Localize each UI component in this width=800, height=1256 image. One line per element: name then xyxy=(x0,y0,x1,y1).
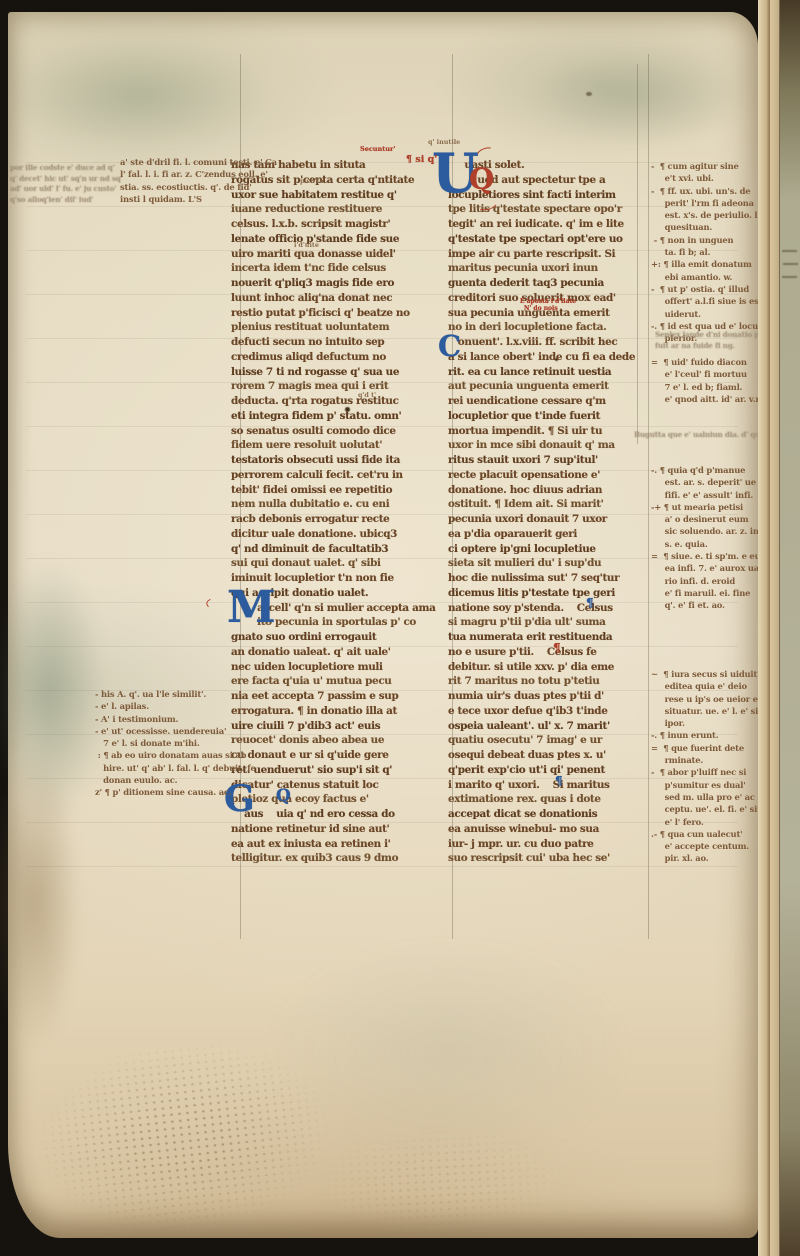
stain-top-right-green xyxy=(528,48,738,143)
marginal-gloss-left-middle: - his A. q'. ua l'le similit'.- e' l. ap… xyxy=(95,688,245,799)
gloss-line: - ¶ cum agitur sine xyxy=(651,160,759,172)
gloss-line: sic soluendo. ar. z. in xyxy=(651,525,759,537)
gloss-line: editea quia e' deio xyxy=(651,680,759,692)
text-line: q'testate tpe spectari opt'ere uo xyxy=(448,232,662,247)
text-line: tegit' an rei iudicate. q' im e lite xyxy=(448,217,662,232)
gloss-line: Seplex lande d'ni donatio p'is xyxy=(655,330,763,341)
text-line: perrorem calculi fecit. cet'ru in xyxy=(231,468,445,483)
text-line: deducta. q'rta rogatus restituc xyxy=(231,394,445,409)
stain-bottom-speckled-light xyxy=(305,1115,571,1248)
text-line: ospeia ualeant'. ul' x. 7 marit' xyxy=(448,719,662,734)
rubric-secuntur: Secuntur' xyxy=(360,145,395,153)
text-line: recte placuit opensatione e' xyxy=(448,468,662,483)
gloss-line: = ¶ siue. e. ti sp'm. e eur xyxy=(651,550,759,562)
gloss-line: e' qnod aitt. id' ar. v.r. ibi. i. xyxy=(651,393,759,405)
gloss-line: sed m. ulla pro e' ac xyxy=(651,791,759,803)
text-line: rit 7 maritus no totu p'tetiu xyxy=(448,674,662,689)
text-line: credimus aliqd defuctum no xyxy=(231,350,445,365)
gloss-line: est. x's. de periulio. l. xyxy=(651,209,759,221)
text-line: aut pecunia unguenta emerit xyxy=(448,379,662,394)
interlinear-note: i'd'uite xyxy=(294,241,319,249)
fore-edge-text-mark xyxy=(782,250,797,252)
text-line: accepat dicat se donationis xyxy=(448,807,662,822)
text-line: aus uia q' nd ero cessa do xyxy=(231,807,445,822)
gloss-line: insti l quidam. L'S xyxy=(120,193,242,205)
text-column-right: uasti solet. uod aut spectetur tpe alocu… xyxy=(448,158,662,868)
text-line: defucti secun no intuito sep xyxy=(231,335,445,350)
text-line: an donatio ualeat. q' ait uale' xyxy=(231,645,445,660)
drop-cap-c: C xyxy=(438,332,461,361)
gloss-line: ea infi. 7. e' aurox ua xyxy=(651,562,759,574)
gloss-line: q' decet' hic ut' sq'n ur nd sq' xyxy=(10,174,118,185)
photograph-of-manuscript: { "colors":{"parchment":"#e6dcc3","ink":… xyxy=(0,0,800,1256)
text-line: mortua impendit. ¶ Si uir tu xyxy=(448,424,662,439)
gloss-line: +: ¶ illa emit donatum xyxy=(651,258,759,270)
stain-bottom-left-speckled xyxy=(25,1025,344,1250)
text-line: uxor sue habitatem restitue q' xyxy=(231,188,445,203)
gloss-line: = ¶ que fuerint dete xyxy=(651,742,759,754)
text-line: pecunia uxori donauit 7 uxor xyxy=(448,512,662,527)
gloss-line: ceptu. ue'. el. fi. e' siul' xyxy=(651,803,759,815)
text-line: ea aut ex iniusta ea retinen i' xyxy=(231,837,445,852)
rubric-side-note: N' do nois xyxy=(524,305,558,312)
text-line: uire ciuili 7 p'dib3 act' euis xyxy=(231,719,445,734)
ink-blot xyxy=(586,92,592,96)
text-line: extimatione rex. quas i dote xyxy=(448,792,662,807)
text-line: dicitur uale donatione. ubicq3 xyxy=(231,527,445,542)
gloss-line: rio infi. d. eroid xyxy=(651,575,759,587)
text-line: lenate officio p'stande fide sue xyxy=(231,232,445,247)
text-line: quatiu osecutu' 7 imag' e ur xyxy=(448,733,662,748)
page-edge-strip xyxy=(758,0,770,1256)
gloss-line: - ¶ ff. ux. ubi. un's. de xyxy=(651,185,759,197)
text-line: rei uendicatione cessare q'm xyxy=(448,394,662,409)
text-line: plenius restituat uoluntatem xyxy=(231,320,445,335)
gloss-line: - ¶ non in unguen xyxy=(651,234,759,246)
text-line: hoc die nulissima sut' 7 seq'tur xyxy=(448,571,662,586)
stain-left-edge-green xyxy=(0,557,104,827)
gloss-line: a' o desinerut eum xyxy=(651,513,759,525)
gloss-line: est. ar. s. deperit' ue xyxy=(651,476,759,488)
text-line: maritus pecunia uxori inun xyxy=(448,261,662,276)
stain-bottom-center xyxy=(268,942,628,1162)
gloss-line: e' accepte centum. xyxy=(651,840,759,852)
text-line: dicatur' catenus statuit loc xyxy=(231,778,445,793)
paraph-mark-red: ¶ xyxy=(553,641,561,655)
text-line: ea p'dia oparauerit geri xyxy=(448,527,662,542)
text-line: ea anuisse winebui- mo sua xyxy=(448,822,662,837)
text-line: luunt inhoc aliq'na donat nec xyxy=(231,291,445,306)
gloss-line: donan euulo. ac. xyxy=(95,774,245,786)
text-line: ostituit. ¶ Idem ait. Si marit' xyxy=(448,497,662,512)
gloss-line: - his A. q'. ua l'le similit'. xyxy=(95,688,245,700)
interlinear-note: p'co'ta xyxy=(300,177,324,185)
gloss-line: z' ¶ p' ditionem sine causa. ac. xyxy=(95,786,245,798)
text-line: ci optere ip'gni locupletiue xyxy=(448,542,662,557)
text-line: rorem 7 magis mea qui i erit xyxy=(231,379,445,394)
text-line: no in deri locupletione facta. xyxy=(448,320,662,335)
gloss-line: ebi amantio. w. xyxy=(651,271,759,283)
gloss-line: - A' i testimonium. xyxy=(95,713,245,725)
text-line: q' nd diminuit de facultatib3 xyxy=(231,542,445,557)
text-line: rit. ea cu lance retinuit uestia xyxy=(448,365,662,380)
text-line: reuocet' donis abeo abea ue xyxy=(231,733,445,748)
drop-cap-m: M xyxy=(227,586,276,630)
gloss-line: ta. fi b; al. xyxy=(651,246,759,258)
text-line: pletioz qua ecoy factus e' xyxy=(231,792,445,807)
text-column-left: nas tam habetu in situtarogatus sit p'ce… xyxy=(231,158,445,868)
gloss-line: 7 e' l. si donate m'ihi. xyxy=(95,737,245,749)
gloss-line: e' l'ceul' fi mortuu xyxy=(651,368,759,380)
stain-left-edge-brown xyxy=(0,752,80,1052)
gloss-line: : ¶ ab eo uiro donatam auas si ab xyxy=(95,749,245,761)
gloss-line: - e' ut' ocessisse. uendereuia' xyxy=(95,725,245,737)
gloss-line: .- ¶ qua cun ualecut' xyxy=(651,828,759,840)
gloss-line: pir. xl. ao. xyxy=(651,852,759,864)
text-line: si magru p'tii p'dia ult' suma xyxy=(448,615,662,630)
text-line: uiro mariti qua donasse uidel' xyxy=(231,247,445,262)
gloss-line: - ¶ abor p'luiff nec si xyxy=(651,766,759,778)
marginal-gloss-right-3: -. ¶ quia q'd p'manue est. ar. s. deperi… xyxy=(651,464,759,612)
gloss-line: -. ¶ quia q'd p'manue xyxy=(651,464,759,476)
gloss-line: rese u ip's oe ueior est xyxy=(651,693,759,705)
text-line: sieta sit mulieri du' i sup'du xyxy=(448,556,662,571)
paraph-mark-blue: ¶ xyxy=(555,774,563,788)
text-line: incerta idem t'nc fide celsus xyxy=(231,261,445,276)
text-line: donatione. hoc diuus adrian xyxy=(448,483,662,498)
gloss-line: fifi. e' e' assult' infi. xyxy=(651,489,759,501)
rubric-si-paraph: ¶ si q' xyxy=(406,154,437,165)
text-line: sui qui donaut ualet. q' sibi xyxy=(231,556,445,571)
faint-interlinear-note: q' inutile xyxy=(428,138,460,146)
marginal-gloss-top-left-outer: por ille codste e' duce ad q'q' decet' h… xyxy=(10,163,118,205)
text-line: testatoris obsecuti ussi fide ita xyxy=(231,453,445,468)
stain-top-left-green xyxy=(14,40,264,150)
gloss-line: e't xvi. ubi. xyxy=(651,172,759,184)
gloss-line: ~ ¶ iura secus si uiduit' xyxy=(651,668,759,680)
text-line: guenta dederit taq3 pecunia xyxy=(448,276,662,291)
gloss-line: perit' l'rm fi adeona xyxy=(651,197,759,209)
fore-edge-text-mark xyxy=(782,276,797,278)
gloss-line: ipor. xyxy=(651,717,759,729)
paraph-mark-blue: ¶ xyxy=(586,596,594,610)
text-line: ere facta q'uia u' mutua pecu xyxy=(231,674,445,689)
text-line: so senatus osulti comodo dice xyxy=(231,424,445,439)
marginal-gloss-right-2: = ¶ uid' fuido diacon e' l'ceul' fi mort… xyxy=(651,356,759,405)
text-line: eti integra fidem p' statu. omn' xyxy=(231,409,445,424)
text-line: natione soy p'stenda. Celsus xyxy=(448,601,662,616)
gloss-line: - ¶ ut p' ostia. q' illud xyxy=(651,283,759,295)
text-line: numia uir's duas ptes p'tii d' xyxy=(448,689,662,704)
gloss-line: quesituan. xyxy=(651,221,759,233)
gloss-line: Bugutta que e' ualniun dia. d' quio xyxy=(634,430,764,441)
text-line: onuent'. l.x.viii. ff. scribit hec xyxy=(448,335,662,350)
gloss-line: -+ ¶ ut mearia petisi xyxy=(651,501,759,513)
gloss-line: situatur. ue. e' l. e' si xyxy=(651,705,759,717)
gloss-line: e' fi maruil. ei. fine xyxy=(651,587,759,599)
gloss-line: rminate. xyxy=(651,754,759,766)
text-line: nia eet accepta 7 passim e sup xyxy=(231,689,445,704)
interlinear-note: q'd t' xyxy=(358,391,376,399)
text-line: iur- j mpr. ur. cu duo patre xyxy=(448,837,662,852)
text-line: nouerit q'pliq3 magis fide ero xyxy=(231,276,445,291)
marginal-gloss-right-4: ~ ¶ iura secus si uiduit' editea quia e'… xyxy=(651,668,759,865)
gloss-line: a' ste d'dril fi. l. comuni testi. e' Ca xyxy=(120,156,242,168)
text-line: tebit' fidei omissi ee repetitio xyxy=(231,483,445,498)
gloss-line: 7 e' l. ed b; fiaml. xyxy=(651,381,759,393)
text-line: ritus stauit uxori 7 sup'itul' xyxy=(448,453,662,468)
fore-edge-text-mark xyxy=(783,263,798,265)
gloss-line: l' fal. l. i. fi ar. z. C'zendus eoll. e… xyxy=(120,168,242,180)
text-line: e tece uxor defue q'ib3 t'inde xyxy=(448,704,662,719)
gloss-line: hire. ut' q' ab' l. fal. l. q' debuit. f… xyxy=(95,762,245,774)
marginal-gloss-top-left-inner: a' ste d'dril fi. l. comuni testi. e' Ca… xyxy=(120,156,242,205)
gloss-line: uiderut. xyxy=(651,308,759,320)
gloss-line: = ¶ uid' fuido diacon xyxy=(651,356,759,368)
gloss-line: - e' l. apilas. xyxy=(95,700,245,712)
text-line: natione retinetur id sine aut' xyxy=(231,822,445,837)
text-line: a si lance obert' inde cu fi ea dede xyxy=(448,350,662,365)
page-edge-strip xyxy=(770,0,780,1256)
littera-notabilior-q: Q xyxy=(276,788,291,805)
text-line: nec uiden locupletiore muli xyxy=(231,660,445,675)
gloss-line: ad' uor uld' l' fu. e' ju custo' xyxy=(10,184,118,195)
gloss-line: q'. e' fi et. ao. xyxy=(651,599,759,611)
text-line: racb debonis errogatur recte xyxy=(231,512,445,527)
rubric-side-note: E aposta i'd'ilate xyxy=(520,298,576,305)
text-line: cu donaut e ur si q'uide gere xyxy=(231,748,445,763)
text-line: iuane reductione restituere xyxy=(231,202,445,217)
next-page-edge xyxy=(780,0,800,1256)
gloss-line: p'sumitur es dual' xyxy=(651,779,759,791)
text-line: suo rescripsit cui' uba hec se' xyxy=(448,851,662,866)
gloss-line: fuit ar na fuide fi ng. xyxy=(655,341,763,352)
text-line: uxor in mce sibi donauit q' ma xyxy=(448,438,662,453)
manuscript-folio: nas tam habetu in situtarogatus sit p'ce… xyxy=(8,12,758,1238)
text-line: telligitur. ex quib3 caus 9 dmo xyxy=(231,851,445,866)
text-line: luisse 7 ti nd rogasse q' sua ue xyxy=(231,365,445,380)
gloss-line: offert' a.l.fi siue is est xyxy=(651,295,759,307)
text-line: nem nulla dubitatio e. cu eni xyxy=(231,497,445,512)
text-line: osequi debeat duas ptes x. u' xyxy=(448,748,662,763)
text-line: errogatura. ¶ in donatio illa at xyxy=(231,704,445,719)
marginal-gloss-right-solo: Bugutta que e' ualniun dia. d' quio xyxy=(634,430,764,441)
text-line: celsus. l.x.b. scripsit magistr' xyxy=(231,217,445,232)
marginal-gloss-right-2-intro: Seplex lande d'ni donatio p'isfuit ar na… xyxy=(655,330,763,351)
text-line: dicemus litis p'testate tpe geri xyxy=(448,586,662,601)
gloss-line: stia. ss. ecostiuctis. q'. de fid' xyxy=(120,181,242,193)
gloss-line: por ille codste e' duce ad q' xyxy=(10,163,118,174)
text-line: ret. uenduerut' sio sup'i sit q' xyxy=(231,763,445,778)
text-line: locupletior que t'inde fuerit xyxy=(448,409,662,424)
gloss-line: -. ¶ inun erunt. xyxy=(651,729,759,741)
marginal-gloss-right-1: - ¶ cum agitur sine e't xvi. ubi.- ¶ ff.… xyxy=(651,160,759,344)
gloss-line: e' l' fero. xyxy=(651,816,759,828)
gloss-line: s. e. quia. xyxy=(651,538,759,550)
gloss-line: q'so alloq'ien' dil' iud' xyxy=(10,195,118,206)
text-line: debitur. si utile xxv. p' dia eme xyxy=(448,660,662,675)
text-line: restio putat p'ficisci q' beatze no xyxy=(231,306,445,321)
drop-cap-q: Q xyxy=(469,165,494,194)
text-line: fidem uere resoluit uolutat' xyxy=(231,438,445,453)
text-line: impe air cu parte rescripsit. Si xyxy=(448,247,662,262)
